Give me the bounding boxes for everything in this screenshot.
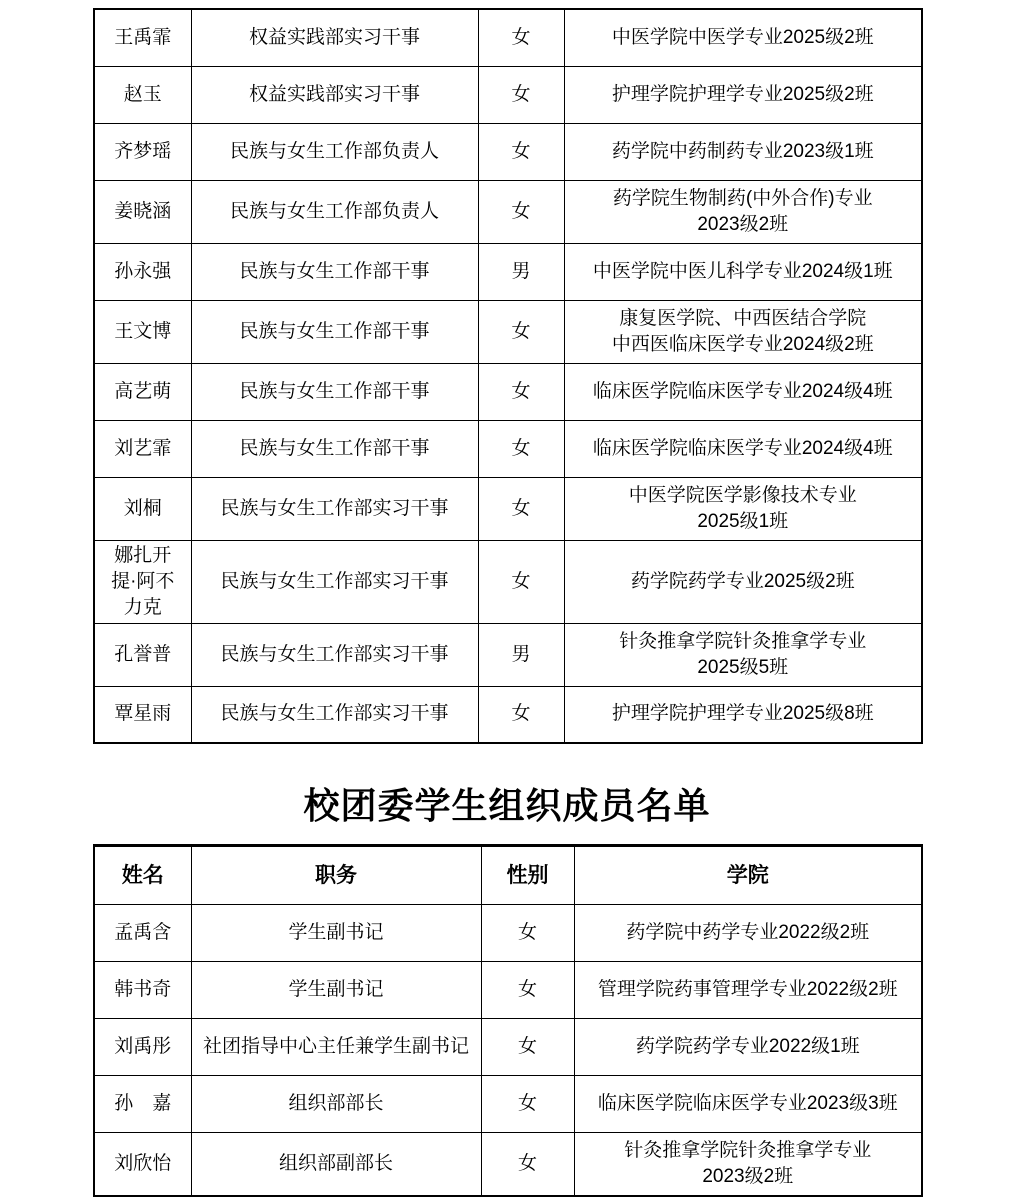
header-position: 职务 bbox=[191, 846, 481, 905]
member-name: 韩书奇 bbox=[94, 962, 191, 1019]
member-row: 姜晓涵 民族与女生工作部负责人 女 药学院生物制药(中外合作)专业 2023级2… bbox=[94, 180, 922, 243]
member-row: 刘桐 民族与女生工作部实习干事 女 中医学院医学影像技术专业 2025级1班 bbox=[94, 477, 922, 540]
member-college: 管理学院药事管理学专业2022级2班 bbox=[574, 962, 922, 1019]
member-row: 孙永强 民族与女生工作部干事 男 中医学院中医儿科学专业2024级1班 bbox=[94, 243, 922, 300]
member-gender: 女 bbox=[481, 905, 574, 962]
member-row: 孔誉普 民族与女生工作部实习干事 男 针灸推拿学院针灸推拿学专业 2025级5班 bbox=[94, 623, 922, 686]
member-name: 赵玉 bbox=[94, 66, 191, 123]
member-name: 孟禹含 bbox=[94, 905, 191, 962]
member-gender: 女 bbox=[478, 477, 564, 540]
member-row: 刘欣怡 组织部副部长 女 针灸推拿学院针灸推拿学专业 2023级2班 bbox=[94, 1133, 922, 1196]
member-college: 临床医学院临床医学专业2024级4班 bbox=[564, 363, 922, 420]
member-row: 高艺萌 民族与女生工作部干事 女 临床医学院临床医学专业2024级4班 bbox=[94, 363, 922, 420]
member-row: 娜扎开 提·阿不 力克 民族与女生工作部实习干事 女 药学院药学专业2025级2… bbox=[94, 540, 922, 623]
member-row: 赵玉 权益实践部实习干事 女 护理学院护理学专业2025级2班 bbox=[94, 66, 922, 123]
member-table-continued: 王禹霏 权益实践部实习干事 女 中医学院中医学专业2025级2班 赵玉 权益实践… bbox=[93, 8, 923, 744]
member-gender: 女 bbox=[478, 66, 564, 123]
member-row: 王禹霏 权益实践部实习干事 女 中医学院中医学专业2025级2班 bbox=[94, 9, 922, 66]
member-row: 韩书奇 学生副书记 女 管理学院药事管理学专业2022级2班 bbox=[94, 962, 922, 1019]
member-gender: 女 bbox=[478, 363, 564, 420]
member-college: 针灸推拿学院针灸推拿学专业 2023级2班 bbox=[574, 1133, 922, 1196]
member-gender: 女 bbox=[478, 9, 564, 66]
member-name: 刘艺霏 bbox=[94, 420, 191, 477]
member-table-main-body: 孟禹含 学生副书记 女 药学院中药学专业2022级2班 韩书奇 学生副书记 女 … bbox=[94, 905, 922, 1196]
member-gender: 女 bbox=[478, 420, 564, 477]
member-gender: 男 bbox=[478, 243, 564, 300]
member-gender: 女 bbox=[478, 180, 564, 243]
member-position: 学生副书记 bbox=[191, 905, 481, 962]
member-row: 覃星雨 民族与女生工作部实习干事 女 护理学院护理学专业2025级8班 bbox=[94, 686, 922, 743]
member-gender: 女 bbox=[478, 686, 564, 743]
member-college: 药学院药学专业2022级1班 bbox=[574, 1019, 922, 1076]
page-title: 校团委学生组织成员名单 bbox=[93, 778, 921, 834]
member-row: 王文博 民族与女生工作部干事 女 康复医学院、中西医结合学院 中西医临床医学专业… bbox=[94, 300, 922, 363]
member-college: 临床医学院临床医学专业2023级3班 bbox=[574, 1076, 922, 1133]
member-college: 药学院生物制药(中外合作)专业 2023级2班 bbox=[564, 180, 922, 243]
member-table-continued-body: 王禹霏 权益实践部实习干事 女 中医学院中医学专业2025级2班 赵玉 权益实践… bbox=[94, 9, 922, 743]
member-table-header: 姓名 职务 性别 学院 bbox=[94, 846, 922, 905]
member-college: 中医学院中医学专业2025级2班 bbox=[564, 9, 922, 66]
member-position: 社团指导中心主任兼学生副书记 bbox=[191, 1019, 481, 1076]
header-gender: 性别 bbox=[481, 846, 574, 905]
member-name: 王文博 bbox=[94, 300, 191, 363]
member-college: 药学院中药制药专业2023级1班 bbox=[564, 123, 922, 180]
member-name: 齐梦瑶 bbox=[94, 123, 191, 180]
member-gender: 女 bbox=[478, 123, 564, 180]
member-college: 临床医学院临床医学专业2024级4班 bbox=[564, 420, 922, 477]
member-name: 刘欣怡 bbox=[94, 1133, 191, 1196]
member-gender: 男 bbox=[478, 623, 564, 686]
member-row: 孟禹含 学生副书记 女 药学院中药学专业2022级2班 bbox=[94, 905, 922, 962]
member-position: 民族与女生工作部干事 bbox=[191, 243, 478, 300]
member-gender: 女 bbox=[481, 962, 574, 1019]
member-position: 民族与女生工作部实习干事 bbox=[191, 540, 478, 623]
member-name: 王禹霏 bbox=[94, 9, 191, 66]
member-name: 刘桐 bbox=[94, 477, 191, 540]
member-position: 民族与女生工作部干事 bbox=[191, 363, 478, 420]
member-gender: 女 bbox=[481, 1019, 574, 1076]
member-name: 孙 嘉 bbox=[94, 1076, 191, 1133]
member-position: 民族与女生工作部实习干事 bbox=[191, 686, 478, 743]
member-position: 权益实践部实习干事 bbox=[191, 9, 478, 66]
member-position: 学生副书记 bbox=[191, 962, 481, 1019]
member-position: 民族与女生工作部负责人 bbox=[191, 123, 478, 180]
header-college: 学院 bbox=[574, 846, 922, 905]
member-row: 刘艺霏 民族与女生工作部干事 女 临床医学院临床医学专业2024级4班 bbox=[94, 420, 922, 477]
member-college: 护理学院护理学专业2025级8班 bbox=[564, 686, 922, 743]
member-table-main: 姓名 职务 性别 学院 孟禹含 学生副书记 女 药学院中药学专业2022级2班 … bbox=[93, 844, 923, 1197]
member-row: 刘禹彤 社团指导中心主任兼学生副书记 女 药学院药学专业2022级1班 bbox=[94, 1019, 922, 1076]
member-college: 护理学院护理学专业2025级2班 bbox=[564, 66, 922, 123]
member-row: 孙 嘉 组织部部长 女 临床医学院临床医学专业2023级3班 bbox=[94, 1076, 922, 1133]
header-name: 姓名 bbox=[94, 846, 191, 905]
member-name: 刘禹彤 bbox=[94, 1019, 191, 1076]
member-gender: 女 bbox=[478, 540, 564, 623]
member-name: 娜扎开 提·阿不 力克 bbox=[94, 540, 191, 623]
member-gender: 女 bbox=[481, 1133, 574, 1196]
member-college: 中医学院中医儿科学专业2024级1班 bbox=[564, 243, 922, 300]
member-position: 民族与女生工作部实习干事 bbox=[191, 623, 478, 686]
member-college: 中医学院医学影像技术专业 2025级1班 bbox=[564, 477, 922, 540]
member-name: 孔誉普 bbox=[94, 623, 191, 686]
member-position: 民族与女生工作部干事 bbox=[191, 300, 478, 363]
member-position: 民族与女生工作部负责人 bbox=[191, 180, 478, 243]
member-college: 针灸推拿学院针灸推拿学专业 2025级5班 bbox=[564, 623, 922, 686]
member-position: 民族与女生工作部干事 bbox=[191, 420, 478, 477]
member-position: 组织部部长 bbox=[191, 1076, 481, 1133]
member-position: 组织部副部长 bbox=[191, 1133, 481, 1196]
member-position: 民族与女生工作部实习干事 bbox=[191, 477, 478, 540]
member-gender: 女 bbox=[481, 1076, 574, 1133]
header-row: 姓名 职务 性别 学院 bbox=[94, 846, 922, 905]
member-college: 康复医学院、中西医结合学院 中西医临床医学专业2024级2班 bbox=[564, 300, 922, 363]
member-position: 权益实践部实习干事 bbox=[191, 66, 478, 123]
member-name: 高艺萌 bbox=[94, 363, 191, 420]
member-name: 孙永强 bbox=[94, 243, 191, 300]
member-college: 药学院药学专业2025级2班 bbox=[564, 540, 922, 623]
member-row: 齐梦瑶 民族与女生工作部负责人 女 药学院中药制药专业2023级1班 bbox=[94, 123, 922, 180]
member-name: 覃星雨 bbox=[94, 686, 191, 743]
member-gender: 女 bbox=[478, 300, 564, 363]
member-name: 姜晓涵 bbox=[94, 180, 191, 243]
member-college: 药学院中药学专业2022级2班 bbox=[574, 905, 922, 962]
document-page: 王禹霏 权益实践部实习干事 女 中医学院中医学专业2025级2班 赵玉 权益实践… bbox=[0, 8, 1024, 1203]
